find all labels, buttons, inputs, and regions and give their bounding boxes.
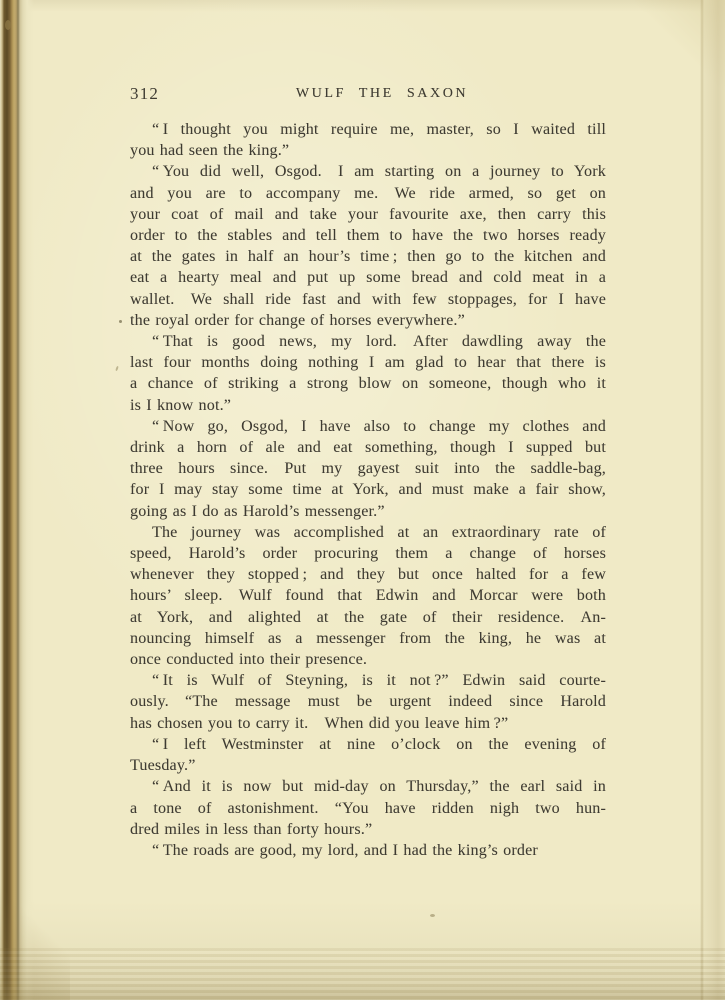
text-line: once conducted into their presence. xyxy=(130,649,606,670)
book-page: 312 WULF THE SAXON “ I thought you might… xyxy=(0,0,725,1000)
paragraph: “ I left Westminster at nine o’clock on … xyxy=(130,734,606,776)
text-line: The journey was accomplished at an extra… xyxy=(130,522,606,543)
text-line: for I may stay some time at York, and mu… xyxy=(130,479,606,500)
text-line: “ I thought you might require me, master… xyxy=(130,119,606,140)
text-line: a chance of striking a strong blow on so… xyxy=(130,373,606,394)
scan-speck xyxy=(430,914,435,917)
text-line: drink a horn of ale and eat something, t… xyxy=(130,437,606,458)
binding-notch xyxy=(5,20,11,30)
text-line: wallet. We shall ride fast and with few … xyxy=(130,289,606,310)
scan-speck xyxy=(115,366,119,371)
text-line: has chosen you to carry it. When did you… xyxy=(130,713,606,734)
text-line: ously. “The message must be urgent indee… xyxy=(130,691,606,712)
text-line: is I know not.” xyxy=(130,395,606,416)
text-line: nouncing himself as a messenger from the… xyxy=(130,628,606,649)
paragraph: “ The roads are good, my lord, and I had… xyxy=(130,840,606,861)
running-title: WULF THE SAXON xyxy=(144,86,620,102)
paragraph: “ That is good news, my lord. After dawd… xyxy=(130,331,606,416)
text-line: at the gates in half an hour’s time ; th… xyxy=(130,246,606,267)
paragraph: “ Now go, Osgod, I have also to change m… xyxy=(130,416,606,522)
text-line: whenever they stopped ; and they but onc… xyxy=(130,564,606,585)
text-line: “ It is Wulf of Steyning, is it not ?” E… xyxy=(130,670,606,691)
text-line: three hours since. Put my gayest suit in… xyxy=(130,458,606,479)
paragraph: “ You did well, Osgod. I am starting on … xyxy=(130,161,606,331)
text-line: your coat of mail and take your favourit… xyxy=(130,204,606,225)
paragraph: “ I thought you might require me, master… xyxy=(130,119,606,161)
text-line: a tone of astonishment. “You have ridden… xyxy=(130,798,606,819)
text-line: the royal order for change of horses eve… xyxy=(130,310,606,331)
paragraph: The journey was accomplished at an extra… xyxy=(130,522,606,670)
paragraph: “ And it is now but mid-day on Thursday,… xyxy=(130,776,606,840)
text-line: “ I left Westminster at nine o’clock on … xyxy=(130,734,606,755)
text-line: order to the stables and tell them to ha… xyxy=(130,225,606,246)
scan-speck xyxy=(119,320,122,323)
text-line: “ That is good news, my lord. After dawd… xyxy=(130,331,606,352)
text-line: and you are to accompany me. We ride arm… xyxy=(130,183,606,204)
page-header: 312 WULF THE SAXON xyxy=(130,84,606,108)
page-bottom-edge xyxy=(0,948,725,1000)
text-line: speed, Harold’s order procuring them a c… xyxy=(130,543,606,564)
text-line: “ The roads are good, my lord, and I had… xyxy=(130,840,606,861)
page-right-edge xyxy=(700,0,725,1000)
text-line: eat a hearty meal and put up some bread … xyxy=(130,267,606,288)
text-line: at York, and alighted at the gate of the… xyxy=(130,607,606,628)
text-line: “ And it is now but mid-day on Thursday,… xyxy=(130,776,606,797)
text-block: “ I thought you might require me, master… xyxy=(130,119,606,861)
text-line: hours’ sleep. Wulf found that Edwin and … xyxy=(130,585,606,606)
text-line: “ Now go, Osgod, I have also to change m… xyxy=(130,416,606,437)
text-line: last four months doing nothing I am glad… xyxy=(130,352,606,373)
page-bottom-left-shading xyxy=(0,860,70,1000)
binding-edge xyxy=(0,0,34,1000)
text-line: going as I do as Harold’s messenger.” xyxy=(130,501,606,522)
page-corner-shading xyxy=(635,0,725,120)
text-line: you had seen the king.” xyxy=(130,140,606,161)
text-line: dred miles in less than forty hours.” xyxy=(130,819,606,840)
text-line: “ You did well, Osgod. I am starting on … xyxy=(130,161,606,182)
text-line: Tuesday.” xyxy=(130,755,606,776)
paragraph: “ It is Wulf of Steyning, is it not ?” E… xyxy=(130,670,606,734)
